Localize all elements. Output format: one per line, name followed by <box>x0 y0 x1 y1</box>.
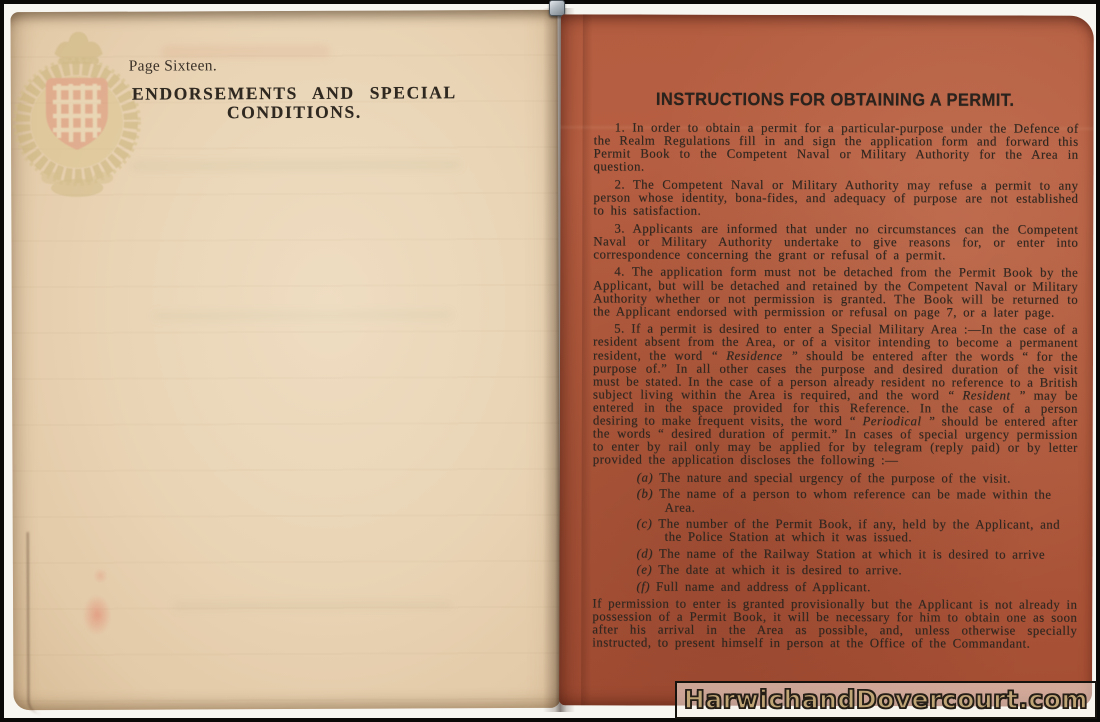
list-item-marker: (f) <box>636 580 656 594</box>
list-item-marker: (b) <box>637 487 659 501</box>
instruction-paragraph-4: 4. The application form must not be deta… <box>593 266 1078 320</box>
list-item: (c)The number of the Permit Book, if any… <box>637 518 1078 545</box>
application-requirements-list: (a)The nature and special urgency of the… <box>636 471 1077 594</box>
list-item: (d)The name of the Railway Station at wh… <box>636 547 1077 561</box>
list-item: (e)The date at which it is desired to ar… <box>636 564 1077 578</box>
endorsements-heading-line2: CONDITIONS. <box>81 102 508 122</box>
instructions-body: 1. In order to obtain a permit for a par… <box>592 121 1078 655</box>
instructions-title: INSTRUCTIONS FOR OBTAINING A PERMIT. <box>589 90 1082 112</box>
list-item-text: The number of the Permit Book, if any, h… <box>658 517 1060 545</box>
instruction-paragraph-3: 3. Applicants are informed that under no… <box>593 222 1078 263</box>
pink-stain <box>83 595 111 635</box>
pink-stain <box>93 568 108 584</box>
instruction-paragraph-1: 1. In order to obtain a permit for a par… <box>593 121 1078 175</box>
list-item: (a)The nature and special urgency of the… <box>637 471 1078 485</box>
list-item-text: The name of the Railway Station at which… <box>659 546 1045 561</box>
right-page: INSTRUCTIONS FOR OBTAINING A PERMIT. 1. … <box>559 14 1094 706</box>
ink-bleedthrough-mark <box>173 600 453 610</box>
page-fold-shadow <box>581 14 593 705</box>
list-item-marker: (d) <box>636 546 658 560</box>
closing-paragraph: If permission to enter is granted provis… <box>592 597 1077 651</box>
list-item: (b)The name of a person to whom referenc… <box>637 488 1078 515</box>
site-watermark: HarwichandDovercourt.com <box>675 681 1097 719</box>
instruction-paragraph-2: 2. The Competent Naval or Military Autho… <box>593 178 1078 219</box>
page-number-label: Page Sixteen. <box>129 57 217 75</box>
list-item: (f)Full name and address of Applicant. <box>636 581 1077 595</box>
list-item-marker: (e) <box>636 563 658 577</box>
left-page: Page Sixteen. ENDORSEMENTS AND SPECIAL C… <box>10 10 560 710</box>
list-item-text: Full name and address of Applicant. <box>656 580 871 595</box>
list-item-marker: (a) <box>637 470 659 484</box>
list-item-text: The name of a person to whom reference c… <box>659 487 1051 514</box>
list-item-text: The date at which it is desired to arriv… <box>658 563 902 578</box>
endorsements-heading: ENDORSEMENTS AND SPECIAL CONDITIONS. <box>81 83 508 122</box>
instruction-paragraph-5: 5. If a permit is desired to enter a Spe… <box>593 323 1078 468</box>
page-stack-edge <box>27 532 42 714</box>
ink-bleedthrough-mark <box>131 160 461 170</box>
ink-bleedthrough-mark <box>152 310 452 320</box>
permit-book-scan: Page Sixteen. ENDORSEMENTS AND SPECIAL C… <box>0 0 1100 722</box>
list-item-text: The nature and special urgency of the pu… <box>659 470 1011 485</box>
endorsements-heading-line1: ENDORSEMENTS AND SPECIAL <box>81 83 508 103</box>
list-item-marker: (c) <box>637 517 659 531</box>
